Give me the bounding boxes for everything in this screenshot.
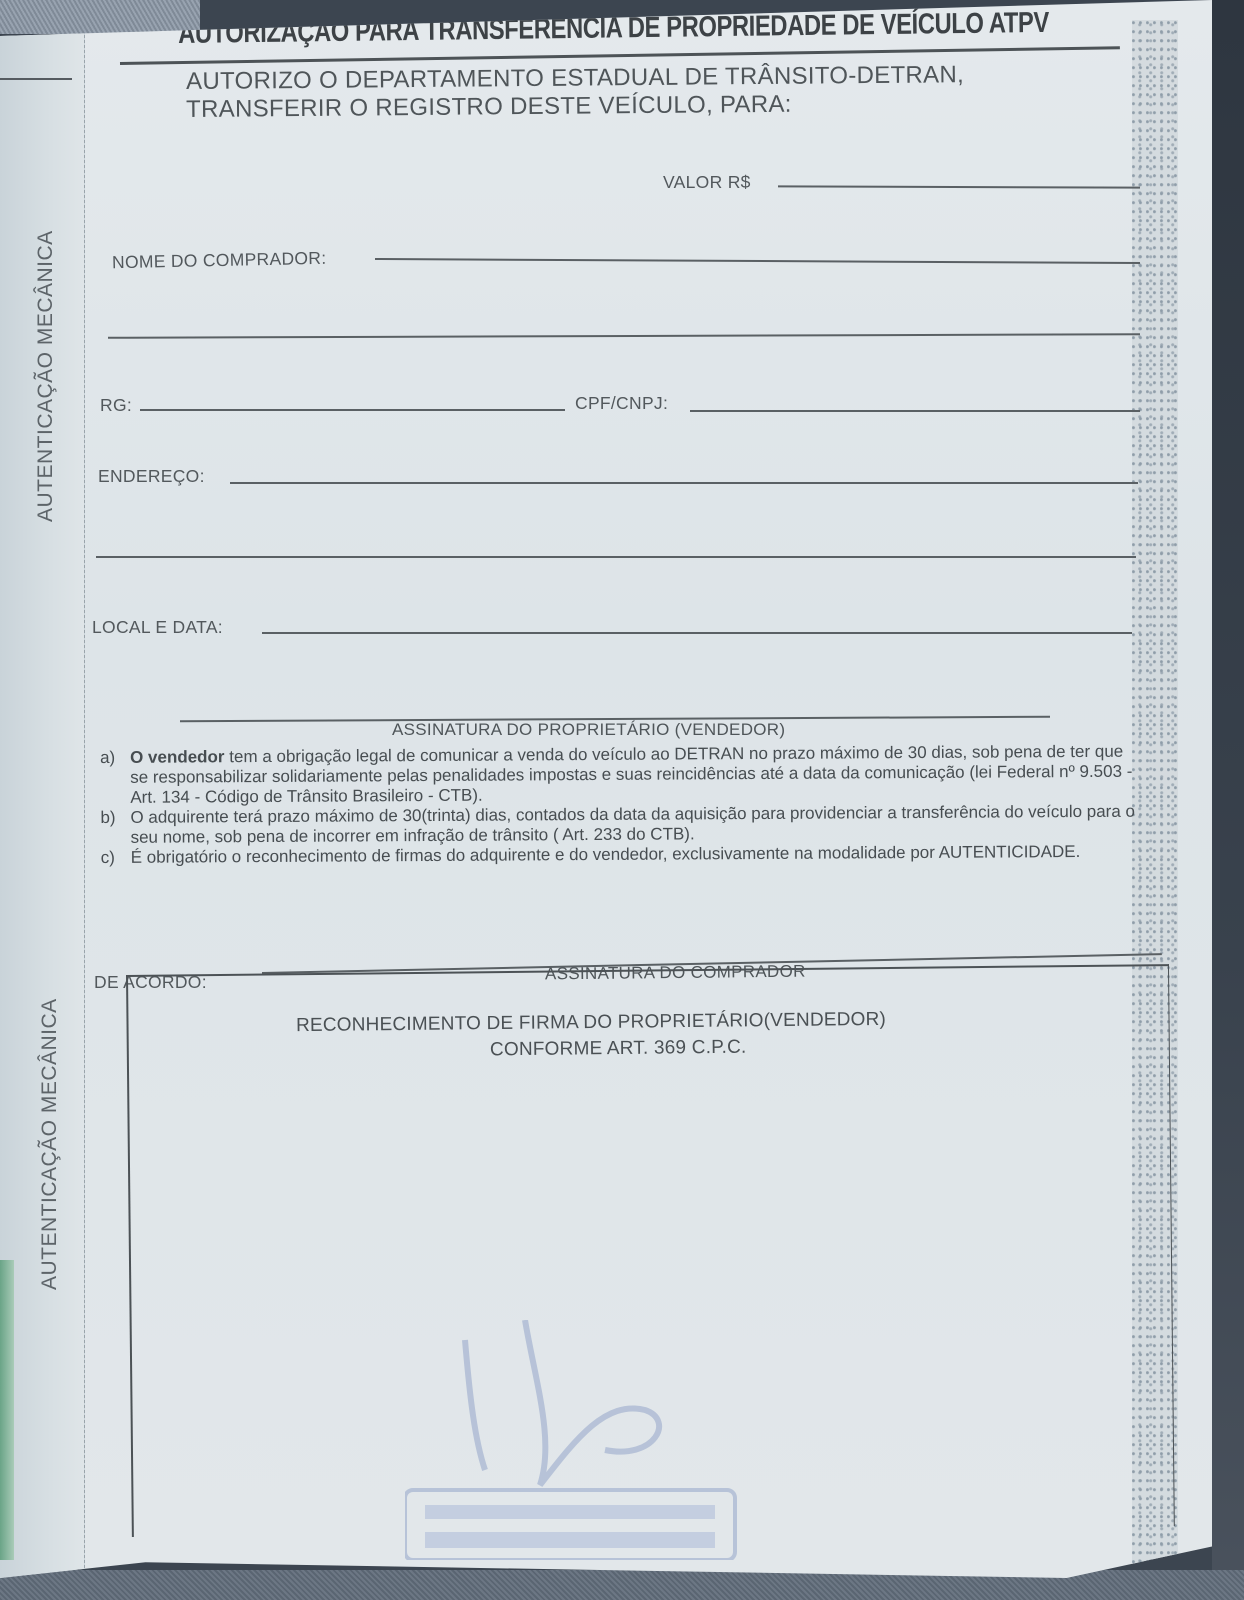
authorization-line-1: AUTORIZO O DEPARTAMENTO ESTADUAL DE TRÂN…	[186, 61, 964, 96]
form-paper: AUTENTICAÇÃO MECÂNICA AUTENTICAÇÃO MECÂN…	[0, 0, 1212, 1578]
rg-field[interactable]	[140, 387, 569, 411]
cpf-cnpj-field[interactable]	[690, 388, 1144, 412]
legal-clauses: a)O vendedor tem a obrigação legal de co…	[100, 742, 1141, 868]
place-date-label: LOCAL E DATA:	[92, 617, 223, 638]
side-label-authentication-bottom: AUTENTICAÇÃO MECÂNICA	[38, 998, 62, 1290]
valor-field[interactable]	[778, 164, 1144, 188]
background-surface	[0, 0, 200, 34]
notary-box-title-line2: CONFORME ART. 369 C.P.C.	[490, 1037, 747, 1062]
place-date-field[interactable]	[262, 610, 1136, 634]
notary-stamp-icon	[405, 1320, 745, 1560]
stub-rule	[0, 78, 72, 80]
security-strip	[0, 1260, 14, 1560]
clause-b: b)O adquirente terá prazo máximo de 30(t…	[100, 802, 1140, 848]
buyer-name-label: NOME DO COMPRADOR:	[112, 248, 327, 273]
valor-label: VALOR R$	[663, 172, 751, 193]
side-label-authentication-top: AUTENTICAÇÃO MECÂNICA	[34, 230, 58, 522]
address-line-2	[96, 556, 1136, 558]
cpf-cnpj-label: CPF/CNPJ:	[575, 393, 668, 414]
clause-a: a)O vendedor tem a obrigação legal de co…	[100, 742, 1140, 808]
address-label: ENDEREÇO:	[98, 466, 205, 487]
authorization-line-2: TRANSFERIR O REGISTRO DESTE VEÍCULO, PAR…	[186, 91, 792, 124]
address-field[interactable]	[230, 460, 1142, 484]
seller-signature-caption: ASSINATURA DO PROPRIETÁRIO (VENDEDOR)	[392, 720, 785, 740]
buyer-name-line-2	[108, 333, 1140, 339]
buyer-name-field[interactable]	[375, 238, 1144, 262]
rg-label: RG:	[100, 395, 132, 416]
background-surface-dark	[1212, 0, 1244, 1600]
form-title: AUTORIZAÇÃO PARA TRANSFERÊNCIA DE PROPRI…	[178, 7, 1049, 51]
